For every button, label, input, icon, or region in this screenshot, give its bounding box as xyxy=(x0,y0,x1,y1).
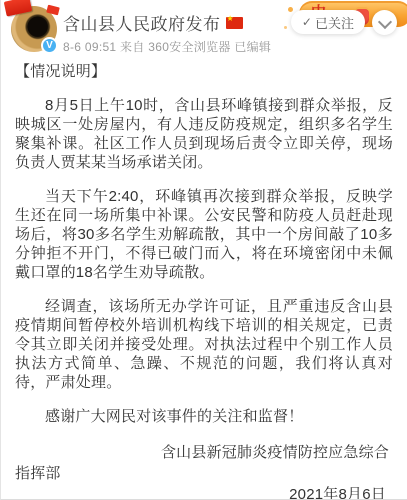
signature-line: 含山县新冠肺炎疫情防控应急综合 xyxy=(15,442,393,463)
post-date: 2021年8月6日 xyxy=(15,484,393,500)
chevron-down-icon xyxy=(378,15,392,29)
post-header: 中 V 含山县人民政府发布★ 8-6 09:51 来自 360安全浏览器 已编辑… xyxy=(1,0,407,60)
post-paragraph: 感谢广大网民对该事件的关注和监督！ xyxy=(15,407,393,426)
sparkle-dot-icon xyxy=(284,26,287,29)
post-title: 【情况说明】 xyxy=(15,62,393,81)
weibo-post-card: 中 V 含山县人民政府发布★ 8-6 09:51 来自 360安全浏览器 已编辑… xyxy=(1,0,407,499)
followed-button[interactable]: ✓ 已关注 xyxy=(291,10,365,34)
sparkle-dot-icon xyxy=(288,7,293,12)
verified-badge-icon: V xyxy=(41,37,58,54)
post-meta: 8-6 09:51 来自 360安全浏览器 已编辑 xyxy=(63,38,271,55)
china-flag-icon: ★ xyxy=(226,17,243,29)
account-name-row: 含山县人民政府发布★ xyxy=(63,10,243,35)
post-paragraph: 8月5日上午10时，含山县环峰镇接到群众举报，反映城区一处房屋内，有人违反防疫规… xyxy=(15,96,393,172)
check-icon: ✓ xyxy=(302,15,312,29)
followed-button-label: 已关注 xyxy=(315,13,354,32)
signature-line: 指挥部 xyxy=(15,463,393,484)
post-paragraph: 当天下午2:40，环峰镇再次接到群众举报，反映学生还在同一场所集中补课。公安民警… xyxy=(15,187,393,282)
post-paragraph: 经调查，该场所无办学许可证，且严重违反含山县疫情期间暂停校外培训机构线下培训的相… xyxy=(15,297,393,392)
flag-star-icon: ★ xyxy=(227,13,234,25)
post-body: 【情况说明】 8月5日上午10时，含山县环峰镇接到群众举报，反映城区一处房屋内，… xyxy=(1,62,407,500)
signature-block: 含山县新冠肺炎疫情防控应急综合 指挥部 2021年8月6日 xyxy=(15,442,393,500)
more-options-button[interactable] xyxy=(372,10,397,35)
account-name[interactable]: 含山县人民政府发布 xyxy=(63,15,221,34)
